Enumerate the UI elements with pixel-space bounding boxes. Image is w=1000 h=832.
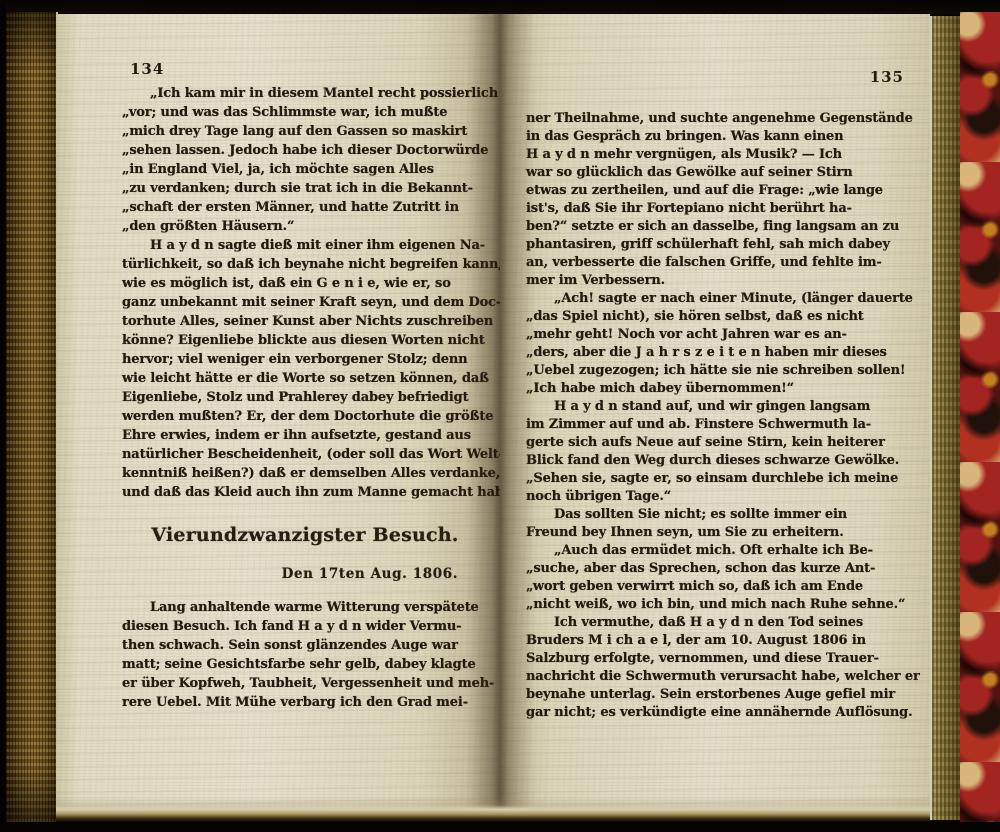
paragraph: Ich vermuthe, daß H a y d n den Tod sein… <box>526 614 920 722</box>
text-line: „mehr geht! Noch vor acht Jahren war es … <box>526 326 920 344</box>
paragraph: „Ach! sagte er nach einer Minute, (länge… <box>526 290 920 398</box>
book-fore-edge-right <box>930 16 962 820</box>
text-line: im Zimmer auf und ab. Finstere Schwermut… <box>526 416 920 434</box>
text-line: hervor; viel weniger ein verborgener Sto… <box>122 350 488 369</box>
text-line: „in England Viel, ja, ich möchte sagen A… <box>122 160 488 179</box>
text-line: werden mußten? Er, der dem Doctorhute di… <box>122 407 488 426</box>
text-line: wie leicht hätte er die Worte so setzen … <box>122 369 488 388</box>
paragraph: H a y d n stand auf, und wir gingen lang… <box>526 398 920 506</box>
text-line: H a y d n mehr vergnügen, als Musik? — I… <box>526 146 920 164</box>
text-line: etwas zu zertheilen, und auf die Frage: … <box>526 182 920 200</box>
text-line: „Ich kam mir in diesem Mantel recht poss… <box>122 84 488 103</box>
text-line: „zu verdanken; durch sie trat ich in die… <box>122 179 488 198</box>
left-page-text-top: „Ich kam mir in diesem Mantel recht poss… <box>122 84 488 502</box>
text-line: noch übrigen Tage.“ <box>526 488 920 506</box>
photo-border-bottom <box>0 822 1000 832</box>
chapter-dateline: Den 17ten Aug. 1806. <box>122 566 458 582</box>
text-line: „ders, aber die J a h r s z e i t e n ha… <box>526 344 920 362</box>
text-line: an, verbesserte die falschen Griffe, und… <box>526 254 920 272</box>
text-line: H a y d n sagte dieß mit einer ihm eigen… <box>122 236 488 255</box>
text-line: Lang anhaltende warme Witterung verspäte… <box>122 598 488 617</box>
text-line: Blick fand den Weg durch dieses schwarze… <box>526 452 920 470</box>
text-line: „Uebel zugezogen; ich hätte sie nie schr… <box>526 362 920 380</box>
text-line: Ich vermuthe, daß H a y d n den Tod sein… <box>526 614 920 632</box>
text-line: „vor; und was das Schlimmste war, ich mu… <box>122 103 488 122</box>
text-line: H a y d n stand auf, und wir gingen lang… <box>526 398 920 416</box>
text-line: rere Uebel. Mit Mühe verbarg ich den Gra… <box>122 693 488 712</box>
page-number-right: 135 <box>870 68 904 86</box>
text-line: natürlicher Bescheidenheit, (oder soll d… <box>122 445 488 464</box>
paragraph: Das sollten Sie nicht; es sollte immer e… <box>526 506 920 542</box>
text-line: „suche, aber das Sprechen, schon das kur… <box>526 560 920 578</box>
text-line: „den größten Häusern.“ <box>122 217 488 236</box>
page-135: 135 ner Theilnahme, und suchte angenehme… <box>500 14 930 820</box>
text-line: „das Spiel nicht), sie hören selbst, daß… <box>526 308 920 326</box>
text-line: ist's, daß Sie ihr Fortepiano nicht berü… <box>526 200 920 218</box>
text-line: könne? Eigenliebe blickte aus diesen Wor… <box>122 331 488 350</box>
text-line: „Auch das ermüdet mich. Oft erhalte ich … <box>526 542 920 560</box>
text-line: gerte sich aufs Neue auf seine Stirn, ke… <box>526 434 920 452</box>
paragraph: H a y d n sagte dieß mit einer ihm eigen… <box>122 236 488 502</box>
paragraph: Lang anhaltende warme Witterung verspäte… <box>122 598 488 712</box>
text-line: nachricht die Schwermuth verursacht habe… <box>526 668 920 686</box>
text-line: Das sollten Sie nicht; es sollte immer e… <box>526 506 920 524</box>
open-book-scan: 134 „Ich kam mir in diesem Mantel recht … <box>0 0 1000 832</box>
marbled-cover-edge <box>960 12 1000 822</box>
text-line: „schaft der ersten Männer, und hatte Zut… <box>122 198 488 217</box>
chapter-heading: Vierundzwanzigster Besuch. <box>122 524 488 546</box>
text-line: „Ich habe mich dabey übernommen!“ <box>526 380 920 398</box>
text-line: mer im Verbessern. <box>526 272 920 290</box>
page-134: 134 „Ich kam mir in diesem Mantel recht … <box>56 14 500 820</box>
left-page-text-bottom: Lang anhaltende warme Witterung verspäte… <box>122 598 488 712</box>
text-line: phantasiren, griff schülerhaft fehl, sah… <box>526 236 920 254</box>
text-line: diesen Besuch. Ich fand H a y d n wider … <box>122 617 488 636</box>
text-line: then schwach. Sein sonst glänzendes Auge… <box>122 636 488 655</box>
text-line: matt; seine Gesichtsfarbe sehr gelb, dab… <box>122 655 488 674</box>
text-line: in das Gespräch zu bringen. Was kann ein… <box>526 128 920 146</box>
book-fore-edge-left <box>6 12 58 822</box>
text-line: war so glücklich das Gewölke auf seiner … <box>526 164 920 182</box>
text-line: beynahe unterlag. Sein erstorbenes Auge … <box>526 686 920 704</box>
paragraph: „Ich kam mir in diesem Mantel recht poss… <box>122 84 488 236</box>
text-line: „wort geben verwirrt mich so, daß ich am… <box>526 578 920 596</box>
text-line: ner Theilnahme, und suchte angenehme Geg… <box>526 110 920 128</box>
text-line: kenntniß heißen?) daß er demselben Alles… <box>122 464 488 483</box>
text-line: gar nicht; es verkündigte eine annähernd… <box>526 704 920 722</box>
page-bottom-edges <box>56 796 932 822</box>
paragraph: „Auch das ermüdet mich. Oft erhalte ich … <box>526 542 920 614</box>
photo-border-top <box>0 0 1000 14</box>
text-line: Bruders M i ch a e l, der am 10. August … <box>526 632 920 650</box>
text-line: ganz unbekannt mit seiner Kraft seyn, un… <box>122 293 488 312</box>
text-line: „sehen lassen. Jedoch habe ich dieser Do… <box>122 141 488 160</box>
text-line: Freund bey Ihnen seyn, um Sie zu erheite… <box>526 524 920 542</box>
text-line: „mich drey Tage lang auf den Gassen so m… <box>122 122 488 141</box>
text-line: „Sehen sie, sagte er, so einsam durchleb… <box>526 470 920 488</box>
text-line: Eigenliebe, Stolz und Prahlerey dabey be… <box>122 388 488 407</box>
page-number-left: 134 <box>130 60 164 78</box>
paragraph: ner Theilnahme, und suchte angenehme Geg… <box>526 110 920 290</box>
text-line: und daß das Kleid auch ihn zum Manne gem… <box>122 483 488 502</box>
text-line: er über Kopfweh, Taubheit, Vergessenheit… <box>122 674 488 693</box>
text-line: türlichkeit, so daß ich beynahe nicht be… <box>122 255 488 274</box>
text-line: „Ach! sagte er nach einer Minute, (länge… <box>526 290 920 308</box>
text-line: Ehre erwies, indem er ihn aufsetzte, ges… <box>122 426 488 445</box>
text-line: wie es möglich ist, daß ein G e n i e, w… <box>122 274 488 293</box>
text-line: „nicht weiß, wo ich bin, und mich nach R… <box>526 596 920 614</box>
text-line: ben?“ setzte er sich an dasselbe, fing l… <box>526 218 920 236</box>
text-line: Salzburg erfolgte, vernommen, und diese … <box>526 650 920 668</box>
right-page-text: ner Theilnahme, und suchte angenehme Geg… <box>526 110 920 722</box>
text-line: torhute Alles, seiner Kunst aber Nichts … <box>122 312 488 331</box>
